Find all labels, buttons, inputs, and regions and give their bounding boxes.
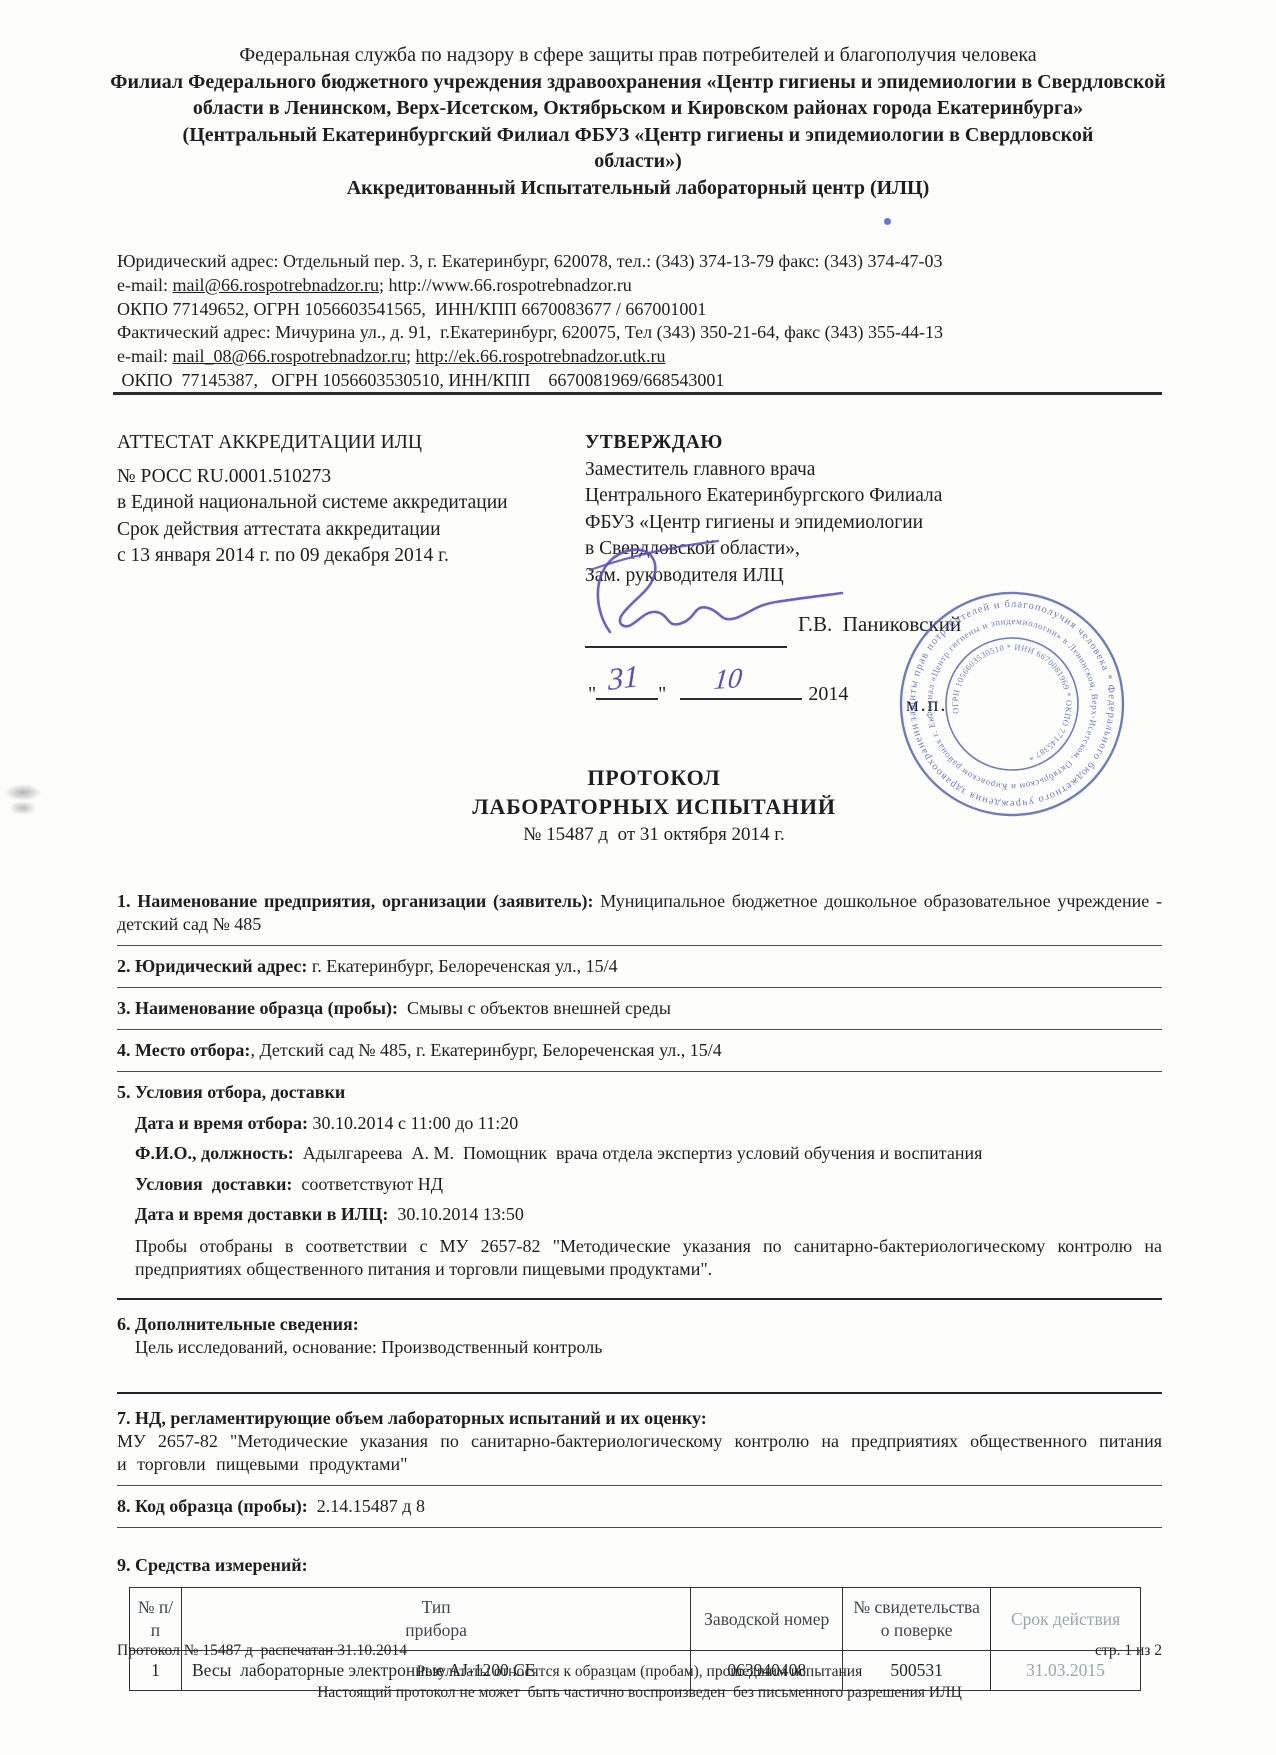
section-4-label: 4. Место отбора: <box>117 1040 250 1060</box>
section-divider <box>117 1071 1162 1072</box>
email-line-2: e-mail: mail_08@66.rospotrebnadzor.ru; h… <box>117 345 1127 369</box>
approver-position-2: Центрального Екатеринбургского Филиала <box>585 483 1015 510</box>
section-divider <box>117 1392 1162 1394</box>
section-8-value: 2.14.15487 д 8 <box>308 1496 425 1516</box>
horizontal-rule <box>113 392 1162 395</box>
footer-protocol-info: Протокол № 15487 д распечатан 31.10.2014 <box>117 1641 407 1660</box>
stamp-inner-text: ОГРН 1056603530510 * ИНН 6670081969 * ОК… <box>940 632 1084 775</box>
ink-dot-artifact <box>884 218 891 225</box>
approval-heading: УТВЕРЖДАЮ <box>585 430 1015 457</box>
page-number: стр. 1 из 2 <box>1095 1641 1162 1660</box>
svg-text:ОГРН 1056603530510 * ИНН 66700: ОГРН 1056603530510 * ИНН 6670081969 * ОК… <box>940 632 1084 775</box>
section-divider <box>117 1485 1162 1486</box>
sampling-datetime-label: Дата и время отбора: <box>135 1113 308 1133</box>
website-url: ; http://www.66.rospotrebnadzor.ru <box>379 275 632 295</box>
delivery-datetime: Дата и время доставки в ИЛЦ: 30.10.2014 … <box>135 1203 1162 1226</box>
close-quote: " <box>658 683 666 705</box>
legal-address-line: Юридический адрес: Отдельный пер. 3, г. … <box>117 250 1127 274</box>
accreditation-system: в Единой национальной системе аккредитац… <box>117 490 587 517</box>
section-7-value: МУ 2657-82 "Методические указания по сан… <box>117 1430 1162 1476</box>
email-line-1: e-mail: mail@66.rospotrebnadzor.ru; http… <box>117 274 1127 298</box>
header-branch-name: (Центральный Екатеринбургский Филиал ФБУ… <box>138 122 1138 175</box>
approver-position-1: Заместитель главного врача <box>585 457 1015 484</box>
delivery-conditions: Условия доставки: соответствуют НД <box>135 1173 1162 1196</box>
open-quote: " <box>588 683 596 705</box>
sampling-datetime-value: 30.10.2014 с 11:00 до 11:20 <box>308 1113 518 1133</box>
section-divider <box>117 1527 1162 1528</box>
sampler-name-value: Адылгареева А. М. Помощник врача отдела … <box>294 1143 983 1163</box>
email-address-2: mail_08@66.rospotrebnadzor.ru <box>172 346 406 366</box>
section-2-value: г. Екатеринбург, Белореченская ул., 15/4 <box>307 956 617 976</box>
okpo-line-2: ОКПО 77145387, ОГРН 1056603530510, ИНН/К… <box>117 369 1127 393</box>
email-address: mail@66.rospotrebnadzor.ru <box>172 275 379 295</box>
section-divider <box>117 1029 1162 1030</box>
section-8: 8. Код образца (пробы): 2.14.15487 д 8 <box>117 1491 1162 1525</box>
section-9-heading: 9. Средства измерений: <box>117 1555 308 1575</box>
section-3-value: Смывы с объектов внешней среды <box>398 998 671 1018</box>
header-org-name: Филиал Федерального бюджетного учреждени… <box>98 69 1178 122</box>
header-agency-line: Федеральная служба по надзору в сфере за… <box>98 42 1178 69</box>
official-stamp: защиты прав потребителей и благополучия … <box>857 549 1167 859</box>
document-header: Федеральная служба по надзору в сфере за… <box>98 42 1178 201</box>
accreditation-number: № РОСС RU.0001.510273 <box>117 464 587 491</box>
website-url-2: http://ek.66.rospotrebnadzor.utk.ru <box>416 346 666 366</box>
section-5: 5. Условия отбора, доставки Дата и время… <box>117 1077 1162 1292</box>
section-6-heading: 6. Дополнительные сведения: <box>117 1314 359 1334</box>
section-2-label: 2. Юридический адрес: <box>117 956 307 976</box>
section-3: 3. Наименование образца (пробы): Смывы с… <box>117 993 1162 1027</box>
actual-address-line: Фактический адрес: Мичурина ул., д. 91, … <box>117 321 1127 345</box>
printed-year: 2014 <box>808 683 848 705</box>
sampling-datetime: Дата и время отбора: 30.10.2014 с 11:00 … <box>135 1112 1162 1135</box>
handwritten-month: 10 <box>713 663 744 697</box>
section-divider <box>117 987 1162 988</box>
section-8-label: 8. Код образца (пробы): <box>117 1496 308 1516</box>
scan-smudge <box>4 784 42 801</box>
day-underline: 31 <box>596 668 658 700</box>
separator-text: ; <box>406 346 416 366</box>
title-number-date: № 15487 д от 31 октября 2014 г. <box>34 824 1274 846</box>
section-6-value: Цель исследований, основание: Производст… <box>135 1336 1162 1359</box>
sampler-name: Ф.И.О., должность: Адылгареева А. М. Пом… <box>135 1142 1162 1165</box>
delivery-datetime-value: 30.10.2014 13:50 <box>388 1204 524 1224</box>
handwritten-day: 31 <box>608 658 639 698</box>
delivery-datetime-label: Дата и время доставки в ИЛЦ: <box>135 1204 388 1224</box>
approver-position-3: ФБУЗ «Центр гигиены и эпидемиологии <box>585 510 1015 537</box>
section-divider <box>117 1298 1162 1300</box>
accreditation-validity-dates: с 13 января 2014 г. по 09 декабря 2014 г… <box>117 543 587 570</box>
section-4-value: , Детский сад № 485, г. Екатеринбург, Бе… <box>250 1040 721 1060</box>
section-3-label: 3. Наименование образца (пробы): <box>117 998 398 1018</box>
accreditation-validity-label: Срок действия аттестата аккредитации <box>117 517 587 544</box>
accreditation-title: АТТЕСТАТ АККРЕДИТАЦИИ ИЛЦ <box>117 430 587 457</box>
section-4: 4. Место отбора:, Детский сад № 485, г. … <box>117 1035 1162 1069</box>
section-1: 1. Наименование предприятия, организации… <box>117 886 1162 943</box>
email-prefix-2: e-mail: <box>117 346 172 366</box>
footer-note-2: Настоящий протокол не может быть частичн… <box>117 1683 1162 1702</box>
section-6: 6. Дополнительные сведения: Цель исследо… <box>117 1309 1162 1366</box>
header-lab-center: Аккредитованный Испытательный лабораторн… <box>98 175 1178 202</box>
footer-note-1: Результаты относятся к образцам (пробам)… <box>117 1662 1162 1681</box>
section-7: 7. НД, регламентирующие объем лабораторн… <box>117 1403 1162 1483</box>
approval-date-row: "31"102014 <box>588 668 848 708</box>
delivery-conditions-label: Условия доставки: <box>135 1174 292 1194</box>
month-underline: 10 <box>680 668 802 700</box>
okpo-line-1: ОКПО 77149652, ОГРН 1056603541565, ИНН/К… <box>117 298 1127 322</box>
signature-image <box>580 534 880 652</box>
section-5-heading: 5. Условия отбора, доставки <box>117 1082 345 1102</box>
protocol-sections: 1. Наименование предприятия, организации… <box>117 886 1162 1698</box>
sampler-name-label: Ф.И.О., должность: <box>135 1143 294 1163</box>
scanned-protocol-page: Федеральная служба по надзору в сфере за… <box>0 0 1276 1755</box>
page-footer: Протокол № 15487 д распечатан 31.10.2014… <box>117 1641 1162 1702</box>
delivery-conditions-value: соответствуют НД <box>292 1174 443 1194</box>
section-7-heading: 7. НД, регламентирующие объем лабораторн… <box>117 1408 707 1428</box>
section-2: 2. Юридический адрес: г. Екатеринбург, Б… <box>117 951 1162 985</box>
section-divider <box>117 945 1162 946</box>
contact-block: Юридический адрес: Отдельный пер. 3, г. … <box>117 250 1127 393</box>
section-1-label: 1. Наименование предприятия, организации… <box>117 891 593 911</box>
accreditation-block: АТТЕСТАТ АККРЕДИТАЦИИ ИЛЦ № РОСС RU.0001… <box>117 430 587 570</box>
sampling-method-note: Пробы отобраны в соответствии с МУ 2657-… <box>135 1235 1162 1281</box>
scan-smudge <box>9 801 37 815</box>
email-prefix: e-mail: <box>117 275 172 295</box>
